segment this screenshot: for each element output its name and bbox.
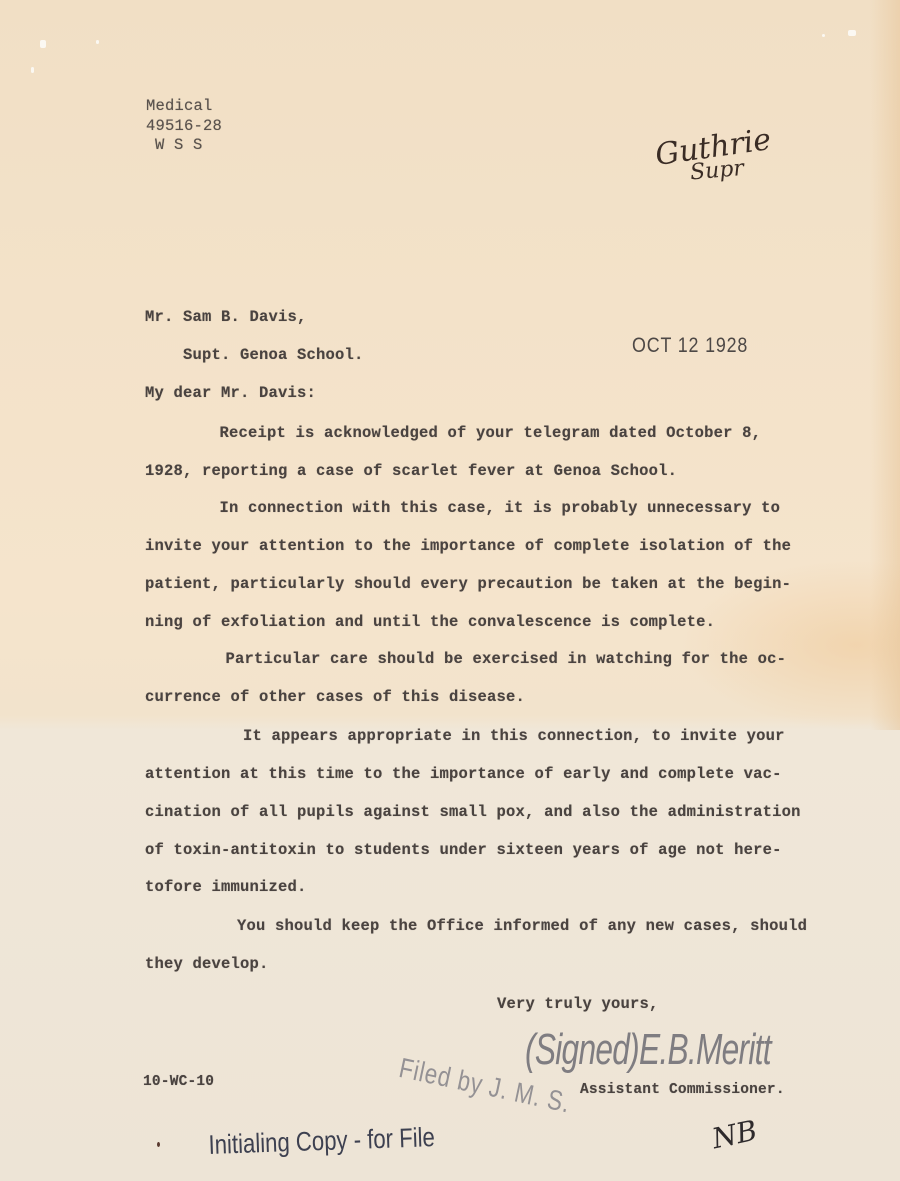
salutation: My dear Mr. Davis: <box>145 384 316 402</box>
reference-code: 10-WC-10 <box>143 1074 214 1090</box>
paper-damage <box>822 34 825 37</box>
body-line: 1928, reporting a case of scarlet fever … <box>145 462 677 480</box>
body-line: It appears appropriate in this connectio… <box>186 727 785 745</box>
body-line: invite your attention to the importance … <box>145 537 791 555</box>
body-line: ning of exfoliation and until the conval… <box>145 613 715 631</box>
signature-stamp: (Signed)E.B.Meritt <box>525 1025 771 1075</box>
closing: Very truly yours, <box>497 995 659 1013</box>
initials-mark: NB <box>709 1114 760 1156</box>
addressee-name: Mr. Sam B. Davis, <box>145 308 307 326</box>
body-line: You should keep the Office informed of a… <box>180 917 807 935</box>
paper-damage <box>848 30 856 36</box>
date-stamp: OCT 12 1928 <box>632 334 748 358</box>
ink-dot <box>157 1142 160 1147</box>
signer-title: Assistant Commissioner. <box>580 1082 785 1098</box>
body-line: Particular care should be exercised in w… <box>178 650 786 668</box>
body-line: of toxin-antitoxin to students under six… <box>145 841 782 859</box>
body-line: they develop. <box>145 955 269 973</box>
addressee-title: Supt. Genoa School. <box>183 346 364 364</box>
body-line: patient, particularly should every preca… <box>145 575 791 593</box>
body-line: currence of other cases of this disease. <box>145 688 525 706</box>
file-number: 49516-28 <box>146 117 222 135</box>
file-category: Medical <box>146 97 213 115</box>
body-line: attention at this time to the importance… <box>145 765 782 783</box>
handwritten-note: Guthrie Supr <box>655 130 771 182</box>
body-line: tofore immunized. <box>145 878 307 896</box>
initialing-copy-stamp: Initialing Copy - for File <box>208 1122 435 1161</box>
typist-initials: W S S <box>155 136 203 154</box>
body-line: In connection with this case, it is prob… <box>172 499 780 517</box>
body-line: Receipt is acknowledged of your telegram… <box>172 424 761 442</box>
paper-damage <box>96 40 99 44</box>
body-line: cination of all pupils against small pox… <box>145 803 801 821</box>
paper-damage <box>31 67 34 73</box>
paper-damage <box>40 40 46 48</box>
paper-edge-shade <box>870 0 900 730</box>
